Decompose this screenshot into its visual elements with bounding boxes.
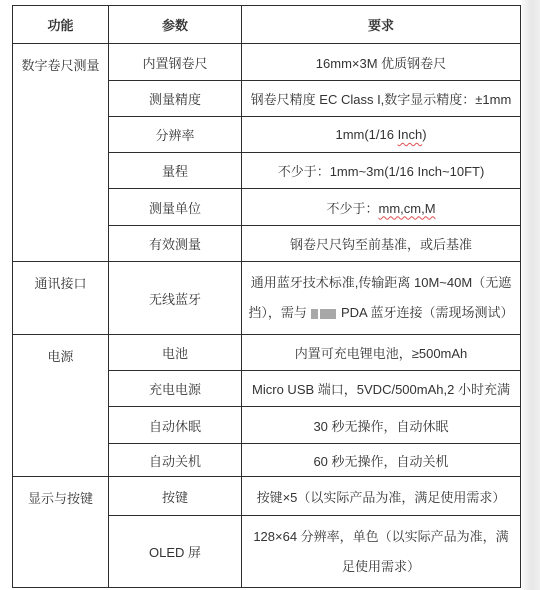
spellcheck-flagged-text: Inch — [398, 127, 423, 142]
table-header-row: 功能 参数 要求 — [13, 6, 521, 44]
header-param: 参数 — [109, 6, 242, 44]
requirement-text: PDA 蓝牙连接（需现场测试） — [341, 305, 514, 320]
spellcheck-flagged-text: mm,cm,M — [378, 201, 435, 216]
header-requirement: 要求 — [242, 6, 521, 44]
cell-param: 无线蓝牙 — [109, 262, 242, 335]
cell-param: 电池 — [109, 335, 242, 371]
cell-requirement: 钢卷尺精度 EC Class I,数字显示精度：±1mm — [242, 81, 521, 117]
cell-requirement: 内置可充电锂电池，≥500mAh — [242, 335, 521, 371]
cell-param: 测量单位 — [109, 189, 242, 226]
cell-param: 按键 — [109, 477, 242, 516]
cell-param: 量程 — [109, 153, 242, 189]
redacted-text-block — [320, 309, 336, 319]
requirement-text: 1mm(1/16 — [335, 127, 397, 142]
cell-param: 自动关机 — [109, 444, 242, 477]
cell-requirement: 通用蓝牙技术标准,传输距离 10M~40M（无遮挡），需与PDA 蓝牙连接（需现… — [242, 262, 521, 335]
cell-param: 测量精度 — [109, 81, 242, 117]
redacted-text-block — [311, 309, 318, 319]
cell-requirement: 16mm×3M 优质钢卷尺 — [242, 44, 521, 81]
cell-requirement: Micro USB 端口，5VDC/500mAh,2 小时充满 — [242, 371, 521, 407]
cell-param: 有效测量 — [109, 226, 242, 262]
header-function: 功能 — [13, 6, 109, 44]
table-row: 数字卷尺测量 内置钢卷尺 16mm×3M 优质钢卷尺 — [13, 44, 521, 81]
group-cell-power: 电源 — [13, 335, 109, 477]
cell-param: OLED 屏 — [109, 516, 242, 588]
requirement-text: ) — [422, 127, 426, 142]
group-cell-comm-interface: 通讯接口 — [13, 262, 109, 335]
cell-param: 充电电源 — [109, 371, 242, 407]
cell-param: 分辨率 — [109, 117, 242, 153]
page-edge-shadow — [522, 0, 540, 590]
group-cell-tape-measure: 数字卷尺测量 — [13, 44, 109, 262]
cell-requirement: 1mm(1/16 Inch) — [242, 117, 521, 153]
table-row: 电源 电池 内置可充电锂电池，≥500mAh — [13, 335, 521, 371]
table-row: 通讯接口 无线蓝牙 通用蓝牙技术标准,传输距离 10M~40M（无遮挡），需与P… — [13, 262, 521, 335]
group-cell-display-keys: 显示与按键 — [13, 477, 109, 588]
cell-requirement: 不少于：1mm~3m(1/16 Inch~10FT) — [242, 153, 521, 189]
cell-requirement: 钢卷尺尺钩至前基准，或后基准 — [242, 226, 521, 262]
cell-requirement: 30 秒无操作，自动休眠 — [242, 407, 521, 444]
requirement-text: 不少于： — [326, 201, 378, 216]
cell-param: 自动休眠 — [109, 407, 242, 444]
cell-requirement: 128×64 分辨率，单色（以实际产品为准，满足使用需求） — [242, 516, 521, 588]
cell-requirement: 按键×5（以实际产品为准，满足使用需求） — [242, 477, 521, 516]
cell-requirement: 不少于：mm,cm,M — [242, 189, 521, 226]
cell-param: 内置钢卷尺 — [109, 44, 242, 81]
document-page: 功能 参数 要求 数字卷尺测量 内置钢卷尺 16mm×3M 优质钢卷尺 测量精度… — [0, 0, 540, 590]
table-row: 显示与按键 按键 按键×5（以实际产品为准，满足使用需求） — [13, 477, 521, 516]
spec-table: 功能 参数 要求 数字卷尺测量 内置钢卷尺 16mm×3M 优质钢卷尺 测量精度… — [12, 5, 521, 588]
cell-requirement: 60 秒无操作，自动关机 — [242, 444, 521, 477]
